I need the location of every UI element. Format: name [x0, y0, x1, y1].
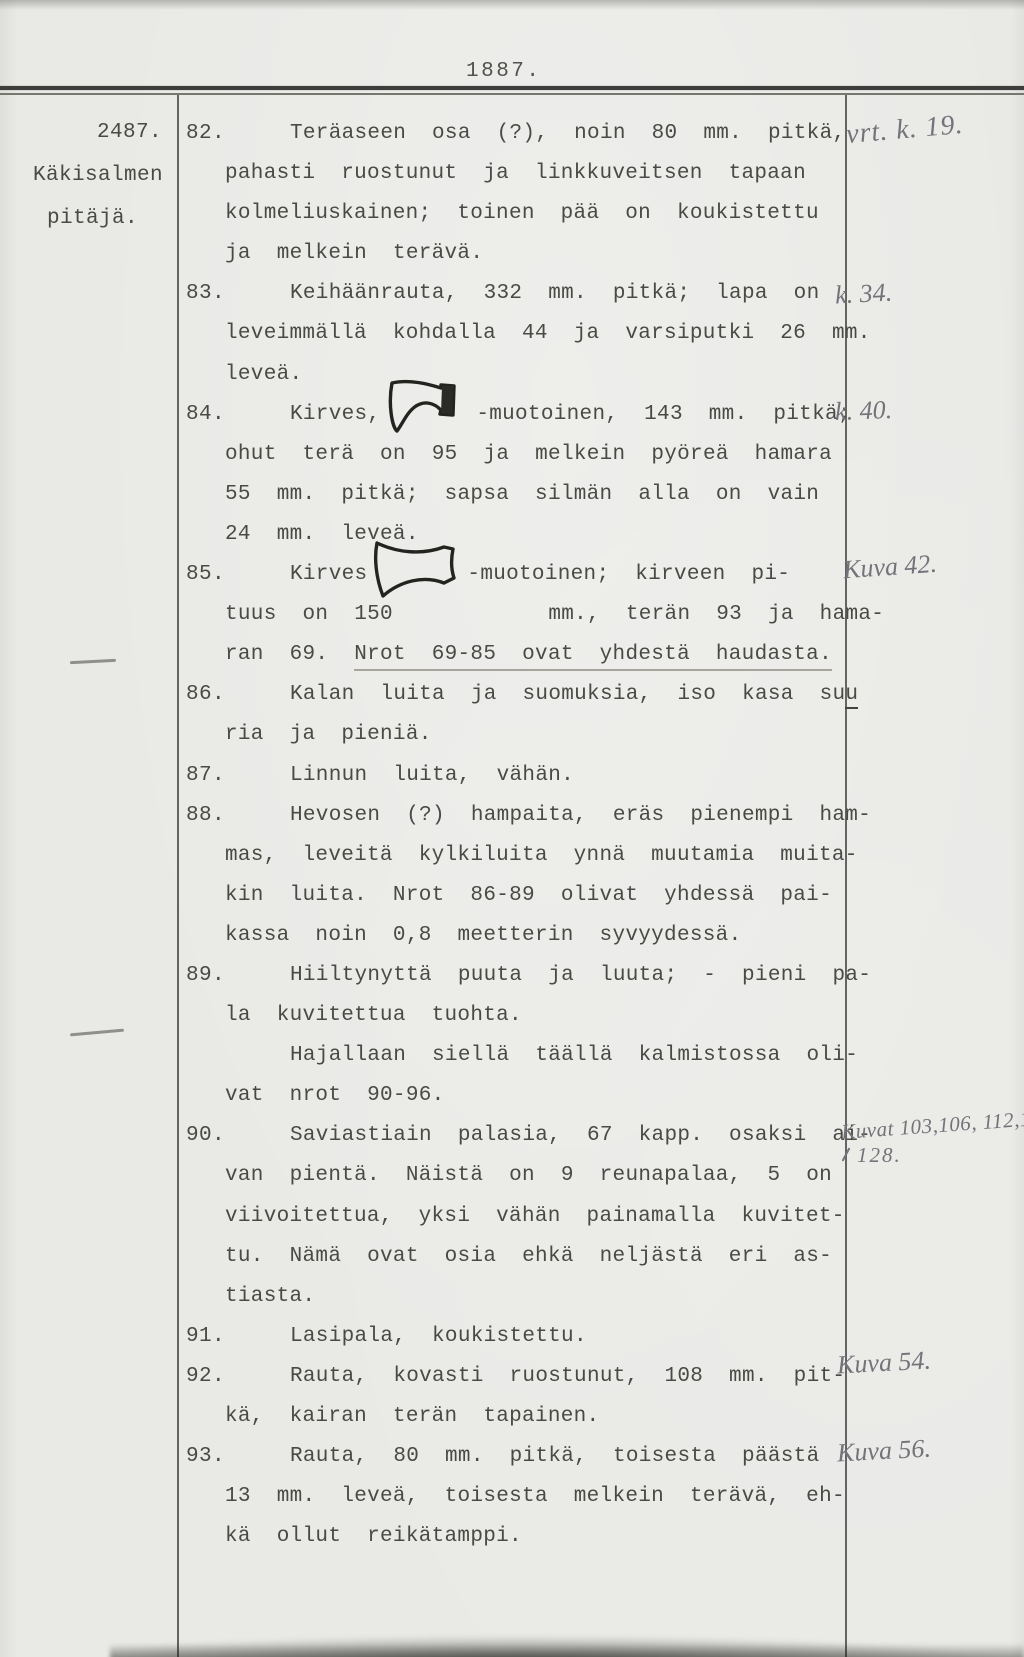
catalog-entry: 83.Keihäänrauta, 332 mm. pitkä; lapa onl… — [177, 274, 877, 394]
catalog-number: 2487. — [97, 120, 162, 145]
text-segment: Teräaseen osa (?), noin 80 mm. pitkä, — [290, 122, 845, 145]
text-segment: viivoitettua, yksi vähän painamalla kuvi… — [225, 1205, 845, 1228]
entry-line: kin luita. Nrot 86-89 olivat yhdessä pai… — [177, 876, 877, 916]
text-segment: tu. Nämä ovat osia ehkä neljästä eri as- — [225, 1245, 832, 1268]
text-segment: Hiiltynyttä puuta ja luuta; - pieni pa- — [290, 964, 871, 987]
text-segment: tiasta. — [225, 1285, 315, 1308]
text-segment: 13 mm. leveä, toisesta melkein terävä, e… — [225, 1485, 845, 1508]
catalog-entry: 89.Hiiltynyttä puuta ja luuta; - pieni p… — [177, 956, 877, 1036]
entry-number: 84. — [186, 395, 225, 435]
catalog-entry: 90.Saviastiain palasia, 67 kapp. osaksi … — [177, 1116, 877, 1316]
text-segment: Kalan luita ja suomuksia, iso kasa su — [290, 683, 845, 706]
text-segment: Nrot 69-85 ovat yhdestä haudasta. — [354, 643, 832, 671]
text-segment: mas, leveitä kylkiluita ynnä muutamia mu… — [225, 844, 858, 867]
text-segment: Lasipala, koukistettu. — [290, 1325, 587, 1348]
pencil-mark — [70, 1029, 124, 1037]
header-rule-thin — [0, 93, 1024, 95]
text-segment: -muotoinen; kirveen pi- — [467, 563, 790, 586]
entry-line: ohut terä on 95 ja melkein pyöreä hamara — [177, 435, 877, 475]
entry-line: tu. Nämä ovat osia ehkä neljästä eri as- — [177, 1237, 877, 1277]
margin-annotation-k-34: k. 34. — [834, 279, 892, 309]
entry-line: kä ollut reikätamppi. — [177, 1517, 877, 1557]
catalog-entry: 85.Kirves-muotoinen; kirveen pi-tuus on … — [177, 555, 877, 675]
entry-line: Teräaseen osa (?), noin 80 mm. pitkä, — [177, 114, 877, 154]
catalog-entry: 88.Hevosen (?) hampaita, eräs pienempi h… — [177, 796, 877, 956]
catalog-entry: 92.Rauta, kovasti ruostunut, 108 mm. pit… — [177, 1357, 877, 1437]
document-page: 1887. 2487. Käkisalmen pitäjä. 82.Teräas… — [0, 0, 1024, 1657]
catalog-entry: Hajallaan siellä täällä kalmistossa oli-… — [177, 1036, 877, 1116]
page-bottom-shadow — [110, 1635, 1024, 1657]
entry-line: Hevosen (?) hampaita, eräs pienempi ham- — [177, 796, 877, 836]
text-segment: ria ja pieniä. — [225, 723, 432, 746]
entry-line: kolmeliuskainen; toinen pää on koukistet… — [177, 194, 877, 234]
entry-line: Hajallaan siellä täällä kalmistossa oli- — [177, 1036, 877, 1076]
margin-annotation-k-40: k. 40. — [835, 396, 893, 425]
entry-line: mas, leveitä kylkiluita ynnä muutamia mu… — [177, 836, 877, 876]
text-segment: kassa noin 0,8 meetterin syvyydessä. — [225, 924, 741, 947]
text-segment: vat nrot 90-96. — [225, 1084, 445, 1107]
entry-line: Kirves-muotoinen; kirveen pi- — [177, 555, 877, 595]
page-top-shadow — [0, 0, 1024, 10]
entry-number: 88. — [186, 796, 225, 836]
text-segment: van pientä. Näistä on 9 reunapalaa, 5 on — [225, 1164, 832, 1187]
entry-line: kassa noin 0,8 meetterin syvyydessä. — [177, 916, 877, 956]
entry-line: vat nrot 90-96. — [177, 1076, 877, 1116]
entry-number: 92. — [186, 1357, 225, 1397]
text-segment: Saviastiain palasia, 67 kapp. osaksi ai- — [290, 1124, 871, 1147]
catalog-entry: 84.Kirves,-muotoinen, 143 mm. pitkä;ohut… — [177, 395, 877, 555]
text-segment: kolmeliuskainen; toinen pää on koukistet… — [225, 202, 819, 225]
entry-line: leveä. — [177, 355, 877, 395]
entry-line: tiasta. — [177, 1277, 877, 1317]
text-segment: kin luita. Nrot 86-89 olivat yhdessä pai… — [225, 884, 832, 907]
year-heading: 1887. — [466, 60, 542, 83]
text-segment: u — [845, 683, 858, 709]
text-segment: Keihäänrauta, 332 mm. pitkä; lapa on — [290, 282, 819, 305]
entry-line: Hiiltynyttä puuta ja luuta; - pieni pa- — [177, 956, 877, 996]
text-segment: Kirves — [290, 563, 367, 586]
text-segment: pahasti ruostunut ja linkkuveitsen tapaa… — [225, 162, 806, 185]
entry-line: Lasipala, koukistettu. — [177, 1317, 877, 1357]
entry-number: 89. — [186, 956, 225, 996]
entry-line: Saviastiain palasia, 67 kapp. osaksi ai- — [177, 1116, 877, 1156]
entry-line: 24 mm. leveä. — [177, 515, 877, 555]
entry-number: 83. — [186, 274, 225, 314]
text-segment: ohut terä on 95 ja melkein pyöreä hamara — [225, 443, 832, 466]
entry-line: kä, kairan terän tapainen. — [177, 1397, 877, 1437]
entry-line: Keihäänrauta, 332 mm. pitkä; lapa on — [177, 274, 877, 314]
entry-line: Rauta, kovasti ruostunut, 108 mm. pit- — [177, 1357, 877, 1397]
text-segment: 55 mm. pitkä; sapsa silmän alla on vain — [225, 483, 819, 506]
text-segment: kä ollut reikätamppi. — [225, 1525, 522, 1548]
entry-line: ja melkein terävä. — [177, 234, 877, 274]
entry-line: ran 69. Nrot 69-85 ovat yhdestä haudasta… — [177, 635, 877, 675]
entry-number: 86. — [186, 675, 225, 715]
axe-sketch-icon — [380, 395, 476, 431]
margin-annotation-kuva-56: Kuva 56. — [836, 1435, 931, 1467]
entry-number: 85. — [186, 555, 225, 595]
text-segment: Linnun luita, vähän. — [290, 764, 574, 787]
entry-line: 13 mm. leveä, toisesta melkein terävä, e… — [177, 1477, 877, 1517]
text-segment: Rauta, kovasti ruostunut, 108 mm. pit- — [290, 1365, 845, 1388]
entry-line: viivoitettua, yksi vähän painamalla kuvi… — [177, 1197, 877, 1237]
catalog-entry: 87.Linnun luita, vähän. — [177, 756, 877, 796]
entry-number: 93. — [186, 1437, 225, 1477]
catalog-entry: 82.Teräaseen osa (?), noin 80 mm. pitkä,… — [177, 114, 877, 274]
entry-number: 87. — [186, 756, 225, 796]
parish-name-cont: pitäjä. — [47, 206, 138, 231]
text-segment: Hevosen (?) hampaita, eräs pienempi ham- — [290, 804, 871, 827]
catalog-entry: 93.Rauta, 80 mm. pitkä, toisesta päästä1… — [177, 1437, 877, 1557]
entry-line: pahasti ruostunut ja linkkuveitsen tapaa… — [177, 154, 877, 194]
entry-line: Rauta, 80 mm. pitkä, toisesta päästä — [177, 1437, 877, 1477]
header-rule-thick — [0, 86, 1024, 90]
entry-line: Linnun luita, vähän. — [177, 756, 877, 796]
entry-line: leveimmällä kohdalla 44 ja varsiputki 26… — [177, 314, 877, 354]
margin-annotation-kuva-54: Kuva 54. — [836, 1347, 931, 1379]
margin-annotation-kuva-42: Kuva 42. — [842, 550, 938, 584]
catalog-entry: 86.Kalan luita ja suomuksia, iso kasa su… — [177, 675, 877, 755]
catalog-entry: 91.Lasipala, koukistettu. — [177, 1317, 877, 1357]
text-segment: Hajallaan siellä täällä kalmistossa oli- — [290, 1044, 858, 1067]
text-segment: kä, kairan terän tapainen. — [225, 1405, 599, 1428]
entry-line: 55 mm. pitkä; sapsa silmän alla on vain — [177, 475, 877, 515]
parish-name: Käkisalmen — [33, 163, 163, 188]
axe-sketch-icon — [367, 555, 467, 591]
margin-annotation-128: 128. — [857, 1144, 902, 1166]
text-segment: ja melkein terävä. — [225, 242, 483, 265]
entry-line: la kuvitettua tuohta. — [177, 996, 877, 1036]
entry-line: tuus on 150 mm., terän 93 ja hama- — [177, 595, 877, 635]
entry-line: Kalan luita ja suomuksia, iso kasa suu — [177, 675, 877, 715]
entry-line: van pientä. Näistä on 9 reunapalaa, 5 on — [177, 1156, 877, 1196]
text-segment: Kirves, — [290, 403, 380, 426]
text-segment: ran 69. — [225, 643, 354, 666]
entry-number: 91. — [186, 1317, 225, 1357]
entry-number: 82. — [186, 114, 225, 154]
text-segment: leveimmällä kohdalla 44 ja varsiputki 26… — [225, 322, 871, 345]
text-segment: -muotoinen, 143 mm. pitkä; — [476, 403, 850, 426]
text-segment: la kuvitettua tuohta. — [225, 1004, 522, 1027]
text-segment: tuus on 150 mm., terän 93 ja hama- — [225, 603, 884, 626]
entry-number: 90. — [186, 1116, 225, 1156]
entry-line: ria ja pieniä. — [177, 715, 877, 755]
entries-column: 82.Teräaseen osa (?), noin 80 mm. pitkä,… — [177, 114, 877, 1557]
text-segment: leveä. — [225, 363, 302, 386]
entry-line: Kirves,-muotoinen, 143 mm. pitkä; — [177, 395, 877, 435]
pencil-mark — [70, 659, 116, 664]
text-segment: Rauta, 80 mm. pitkä, toisesta päästä — [290, 1445, 819, 1468]
